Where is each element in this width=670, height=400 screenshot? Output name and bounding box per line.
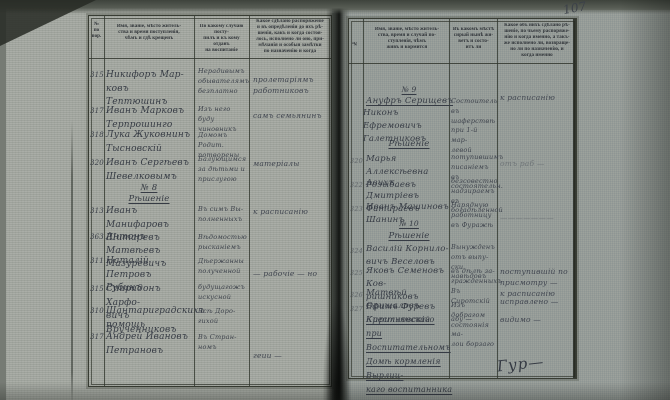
row-note: отъ раб — xyxy=(500,159,573,170)
right-table-rule-3 xyxy=(497,19,498,378)
left-header-no: № по пор. xyxy=(90,22,103,40)
row-note: самъ семьянинъ xyxy=(253,111,328,122)
bottom-edge-shadow xyxy=(0,382,670,400)
row-name-title: Ануфръ Серищевъ xyxy=(366,95,456,108)
closing-detail: абу — xyxy=(451,315,496,325)
row-detail: Состоитель въ шаферствѣ при 1-й мар- лев… xyxy=(451,97,496,156)
row-note: — рабочіе — но xyxy=(253,269,328,280)
section-number-label: № 10 xyxy=(366,219,452,228)
row-detail: Вѣдомостью рысканіемъ xyxy=(198,233,247,253)
row-detail: Нерадивымъ обывателямъ безплатно xyxy=(198,67,247,96)
row-no: 322 xyxy=(350,181,362,189)
row-note: к расписанію xyxy=(500,93,573,104)
left-header-names: Имя, званіе, мѣсто житель- ства и время … xyxy=(105,24,193,42)
row-no: 320 xyxy=(350,157,362,165)
right-header-decision: Какое объ нихъ сдѣлано рѣ- шеніе, по чье… xyxy=(500,23,574,60)
left-header-case: По какому случаю посту- пилъ и къ кому о… xyxy=(195,24,248,54)
left-table-rule-3 xyxy=(249,16,250,386)
row-detail: Въ Стран- номъ xyxy=(198,333,247,353)
right-table-header-rule xyxy=(349,63,576,64)
section-title: Рѣшеніе xyxy=(366,139,452,149)
section-number-label: № 9 xyxy=(366,85,452,94)
row-detail: будущагожъ искусной xyxy=(198,283,247,303)
row-note: видимо — xyxy=(500,315,573,326)
row-no: 315 xyxy=(90,71,103,79)
right-table-rule-1 xyxy=(363,19,364,378)
row-no: 326 xyxy=(350,291,362,299)
row-no: 311 xyxy=(90,257,103,265)
section-number-label: № 8 xyxy=(106,183,192,193)
row-detail: въ дѣлѣ за- гражденныхъ xyxy=(451,267,496,287)
right-header-names: Имя, званіе, мѣсто житель- ства, время и… xyxy=(365,27,449,51)
row-no: 315 xyxy=(90,285,103,293)
row-name: Иванъ Сергѣевъ Шевелковымъ xyxy=(106,157,192,184)
row-note: пролетаріямъ работниковъ xyxy=(253,75,328,97)
row-no: 325 xyxy=(350,269,362,277)
row-note: матеріалы xyxy=(253,159,328,170)
row-name: Никифоръ Мар- ковъ Тептюшинъ xyxy=(106,69,192,110)
row-name: Лука Жуковнинъ Тысновскій xyxy=(106,129,192,156)
clerk-signature: Гур— xyxy=(496,353,545,376)
row-no: 313 xyxy=(90,207,103,215)
closing-note: исправлено — xyxy=(500,297,590,308)
right-edge-vignette xyxy=(620,0,670,400)
section-title: Рѣшеніе xyxy=(366,231,452,241)
left-table-rule-1 xyxy=(104,16,105,386)
left-table-rule-2 xyxy=(194,16,195,386)
row-name: Шантариградскихъ помощь xyxy=(106,305,192,332)
row-no: 317 xyxy=(90,107,103,115)
right-header-place: Въ какомъ мѣстѣ сирый нынѣ жи- ветъ и со… xyxy=(451,27,496,51)
row-detail: Нарядную работницу въ Фуражѣ xyxy=(451,201,496,230)
row-no: 324 xyxy=(350,247,362,255)
row-detail: Всѣ Доро- гихой xyxy=(198,307,247,327)
right-header-no: № xyxy=(352,23,362,61)
right-table-right-bold-rule xyxy=(573,19,576,378)
left-table-header-rule xyxy=(89,58,331,59)
row-note: геии — xyxy=(253,351,328,362)
section-note: ——————— xyxy=(500,213,573,224)
left-page-fold-line xyxy=(71,120,73,400)
left-table: № по пор. Имя, званіе, мѣсто житель- ств… xyxy=(88,15,332,387)
row-no: 318 xyxy=(90,131,103,139)
row-note: к расписанію xyxy=(253,207,328,218)
row-no: 317 xyxy=(90,333,103,341)
row-name: Андрей Ивановъ Петрановъ xyxy=(106,331,192,358)
row-no: 310 xyxy=(90,307,103,315)
row-name: Иванъ Марковъ Терпрошинго xyxy=(106,105,192,132)
row-detail: Балующимся за дѣтьми и прислугою xyxy=(198,155,247,184)
row-no: 320 xyxy=(90,159,103,167)
right-table: № Имя, званіе, мѣсто житель- ства, время… xyxy=(348,18,577,379)
left-header-decision: Какое сдѣлано распоряженіе и въ опредѣле… xyxy=(250,19,330,56)
row-note: поступившій по присмотру — xyxy=(500,267,573,289)
row-no: 363 xyxy=(90,233,103,241)
section-title: Рѣшеніе xyxy=(106,194,192,204)
row-no: 323 xyxy=(350,205,362,213)
row-detail: Дѣержанны полученной xyxy=(198,257,247,277)
row-detail: Изъ него буду чиновникъ xyxy=(198,105,247,134)
row-detail: Въ симъ Вы- полненныхъ xyxy=(198,205,247,225)
